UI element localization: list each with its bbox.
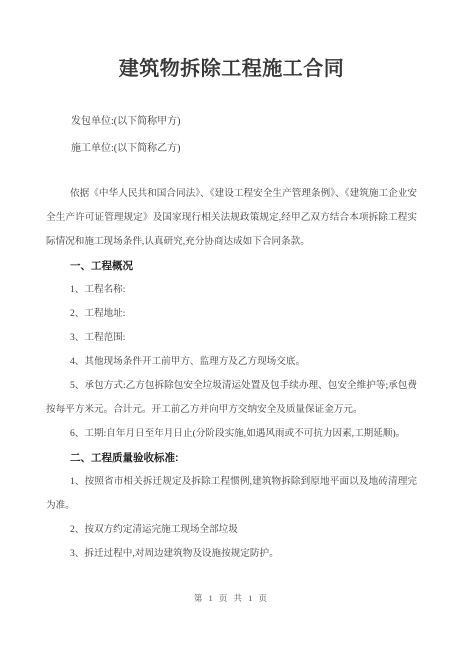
section-2-clause-1: 1、按照省市相关拆迁规定及拆除工程惯例,建筑物拆除到原地平面以及地砖清理完为准。 [46, 470, 417, 518]
contract-document-page: 建筑物拆除工程施工合同 发包单位:(以下简称甲方) 施工单位:(以下简称乙方) … [0, 0, 463, 655]
section-1-clause-5: 5、承包方式:乙方包拆除包安全垃圾清运处置及包手续办理、包安全维护等;承包费按每… [46, 374, 417, 422]
section-1-clause-3: 3、工程范围: [46, 326, 417, 350]
section-1-clause-2: 2、工程地址: [46, 302, 417, 326]
party-line-contractor: 施工单位:(以下简称乙方) [46, 135, 417, 162]
section-2-heading: 二、工程质量验收标准: [46, 446, 417, 470]
section-1-heading: 一、工程概况 [46, 254, 417, 278]
page-number-footer: 第 1 页 共 1 页 [0, 592, 463, 604]
section-1-clause-4: 4、其他现场条件开工前甲方、监理方及乙方现场交底。 [46, 350, 417, 374]
intro-paragraph: 依据《中华人民共和国合同法》、《建设工程安全生产管理条例》、《建筑施工企业安全生… [46, 182, 417, 254]
party-line-employer: 发包单位:(以下简称甲方) [46, 108, 417, 135]
section-2-clause-2: 2、按双方约定清运完施工现场全部垃圾 [46, 518, 417, 542]
section-1-clause-1: 1、工程名称: [46, 278, 417, 302]
section-2-clause-3: 3、拆迁过程中,对周边建筑物及设施按规定防护。 [46, 542, 417, 566]
document-title: 建筑物拆除工程施工合同 [46, 54, 417, 84]
section-1-clause-6: 6、工期:自年月日至年月日止(分阶段实施,如遇风雨或不可抗力因素,工期延顺)。 [46, 422, 417, 446]
